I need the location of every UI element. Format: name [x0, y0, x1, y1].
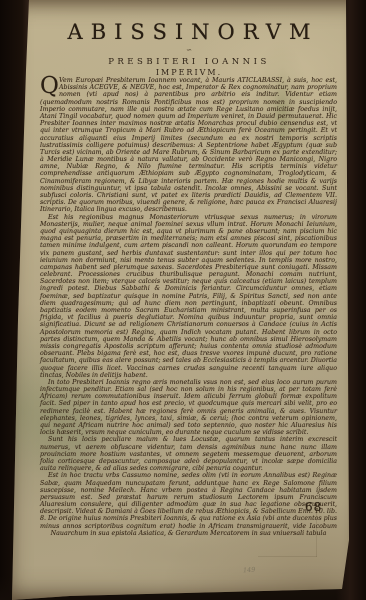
blind-impression-line: [258, 556, 317, 557]
paragraph-2: Est his regionibus magnus Monasteriorum …: [40, 214, 337, 379]
body-text: QVem Europæi Presbiterum Ioannem vocant,…: [40, 77, 337, 537]
drop-cap: Q: [40, 78, 57, 94]
book-photo: ABISSINORVM ∽ PRESBITERI IOANNIS IMPERIV…: [0, 0, 366, 600]
paragraph-4: Sunt his locis peculiare malum & lues Lo…: [40, 436, 337, 472]
printer-ornament-icon: ∽: [40, 46, 338, 54]
page-title: ABISSINORVM: [48, 20, 338, 44]
page-number: 68: [305, 500, 322, 514]
page-header: ABISSINORVM ∽ PRESBITERI IOANNIS IMPERIV…: [40, 20, 338, 77]
book-page: ABISSINORVM ∽ PRESBITERI IOANNIS IMPERIV…: [0, 0, 366, 600]
paragraph-1: QVem Europæi Presbiterum Ioannem vocant,…: [40, 77, 337, 214]
page-subtitle-line1: PRESBITERI IOANNIS: [40, 57, 338, 67]
pencil-annotation: 149: [243, 566, 256, 575]
paragraph-3: In toto Presbiteri Ioannis regno æris mo…: [40, 379, 337, 437]
paragraph-5: Est in hoc tractu vrbs Cassumo nomine, s…: [40, 472, 337, 537]
page-subtitle-line2: IMPERIVM.: [40, 68, 338, 77]
paragraph-1-text: Vem Europæi Presbiterum Ioannem vocant, …: [40, 77, 337, 213]
